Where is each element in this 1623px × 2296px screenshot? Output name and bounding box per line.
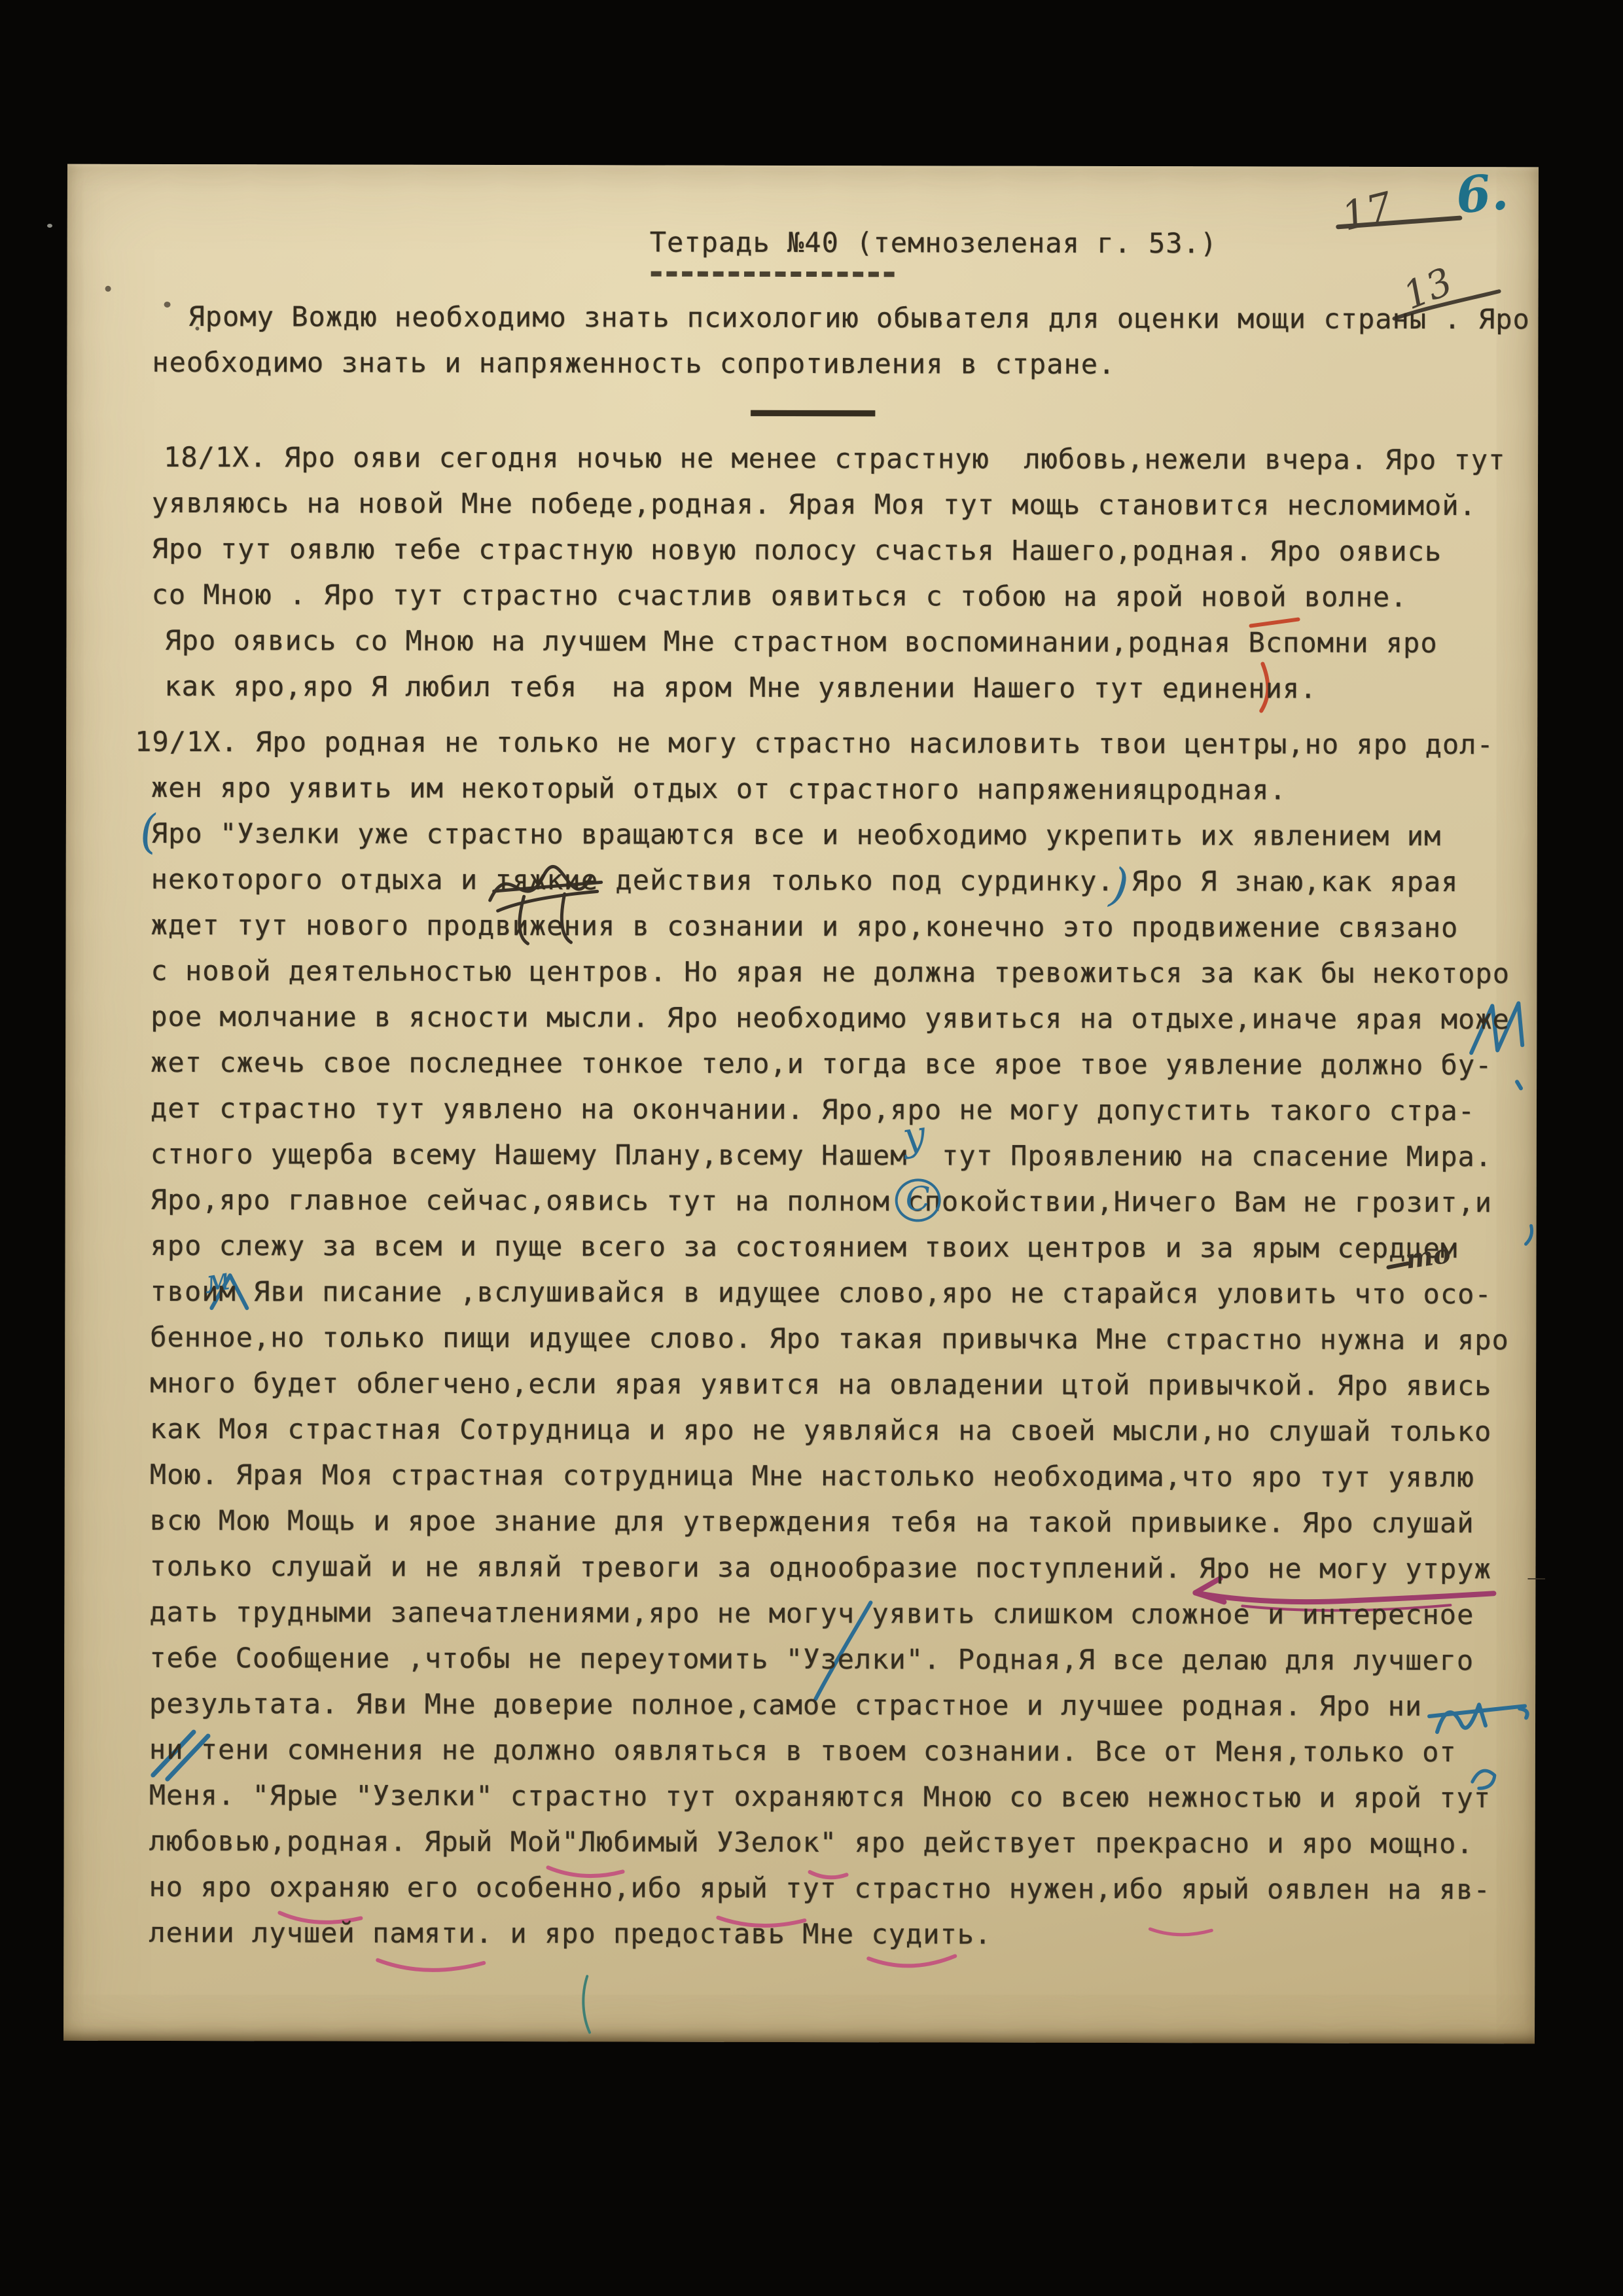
entry2-line: дет страстно тут уявлено на окончании. Я… xyxy=(151,1091,1475,1128)
intro-line: необходимо знать и напряженность сопроти… xyxy=(152,345,1115,381)
entry2-line: тебе Сообщение ,чтобы не переутомить "Уз… xyxy=(149,1641,1474,1678)
entry2-line: некоторого отдыха и тяжкие действия толь… xyxy=(151,862,1459,899)
entry2-line: ждет тут нового продвижения в сознании и… xyxy=(151,908,1459,945)
paper-speck xyxy=(105,286,111,292)
notebook-title: Тетрадь №40 (темнозеленая г. 53.) xyxy=(650,226,1218,261)
entry2-line: Яро,яро главное сейчас,оявись тут на пол… xyxy=(151,1183,1492,1220)
dust-speck xyxy=(47,224,52,228)
entry2-line: рое молчание в ясности мысли. Яро необхо… xyxy=(151,1000,1510,1036)
entry2-line: твоим Яви писание ,вслушивайся в идущее … xyxy=(150,1275,1491,1311)
entry2-line: дать трудными запечатлениями,яро не могу… xyxy=(149,1595,1474,1632)
entry2-line: как Моя страстная Сотрудница и яро не уя… xyxy=(150,1412,1491,1449)
teal-stray-stroke xyxy=(583,1976,590,2032)
entry1-line: уявляюсь на новой Мне победе,родная. Яра… xyxy=(152,486,1476,523)
title-dashed-underline xyxy=(651,272,895,277)
scanned-page: 17 6. 13 Тетрадь №40 (темнозеленая г. 53… xyxy=(63,164,1539,2044)
entry1-line: со Мною . Яро тут страстно счастлив ояви… xyxy=(152,578,1408,614)
entry2-line: Мою. Ярая Моя страстная сотрудница Мне н… xyxy=(150,1458,1474,1494)
entry1-line: как яро,яро Я любил тебя на яром Мне уяв… xyxy=(164,669,1317,706)
entry2-line: лении лучшей памяти. и яро предоставь Мн… xyxy=(149,1916,991,1952)
entry1-line: 18/1Х. Яро ояви сегодня ночью не менее с… xyxy=(164,440,1505,477)
handwritten-insert-to: то xyxy=(1404,1238,1453,1275)
entry2-line: жет сжечь свое последнее тонкое тело,и т… xyxy=(151,1046,1492,1082)
blue-comma-after-grozit xyxy=(1526,1226,1532,1244)
scan-background: { "page": { "corner_numbers": { "n17": "… xyxy=(0,0,1623,2296)
entry2-line: с новой деятельностью центров. Но ярая н… xyxy=(151,954,1510,991)
entry1-line: Яро тут оявлю тебе страстную новую полос… xyxy=(152,532,1442,569)
entry2-line: много будет облегчено,если ярая уявится … xyxy=(150,1366,1491,1403)
intro-line: Ярому Вождю необходимо знать психологию … xyxy=(188,300,1529,336)
entry2-line: Яро "Узелки уже страстно вращаются все и… xyxy=(151,817,1442,853)
entry2-line: бенное,но только пищи идущее слово. Яро … xyxy=(150,1320,1509,1357)
entry2-line: жен яро уявить им некоторый отдых от стр… xyxy=(151,771,1287,807)
entry2-line: только слушай и не являй тревоги за одно… xyxy=(149,1549,1491,1586)
entry1-line: Яро оявись со Мною на лучшем Мне страстн… xyxy=(164,624,1437,660)
typed-low-dash: _ xyxy=(1527,1546,1545,1580)
entry2-line: любовью,родная. Ярый Мой"Любимый УЗелок"… xyxy=(149,1824,1474,1861)
entry2-line: результата. Яви Мне доверие полное,самое… xyxy=(149,1687,1422,1723)
paper-speck xyxy=(164,302,171,308)
entry2-line: яро слежу за всем и пуще всего за состоя… xyxy=(150,1229,1457,1265)
entry2-line: Меня. "Ярые "Узелки" страстно тут охраня… xyxy=(149,1778,1491,1815)
paper-speck xyxy=(195,327,199,330)
entry2-line: всю Мою Мощь и ярое знание для утвержден… xyxy=(150,1504,1474,1540)
entry2-line: стного ущерба всему Нашему Плану,всему Н… xyxy=(151,1137,1492,1174)
entry2-line: но яро охраняю его особенно,ибо ярый тут… xyxy=(149,1870,1490,1907)
section-divider xyxy=(751,410,875,416)
handwritten-page-number-6: 6. xyxy=(1454,162,1510,224)
entry2-line: 19/1Х. Яро родная не только не могу стра… xyxy=(135,725,1494,762)
entry2-line: ни тени сомнения не должно оявляться в т… xyxy=(149,1733,1457,1769)
blue-scribble-line-end xyxy=(1429,1704,1527,1732)
